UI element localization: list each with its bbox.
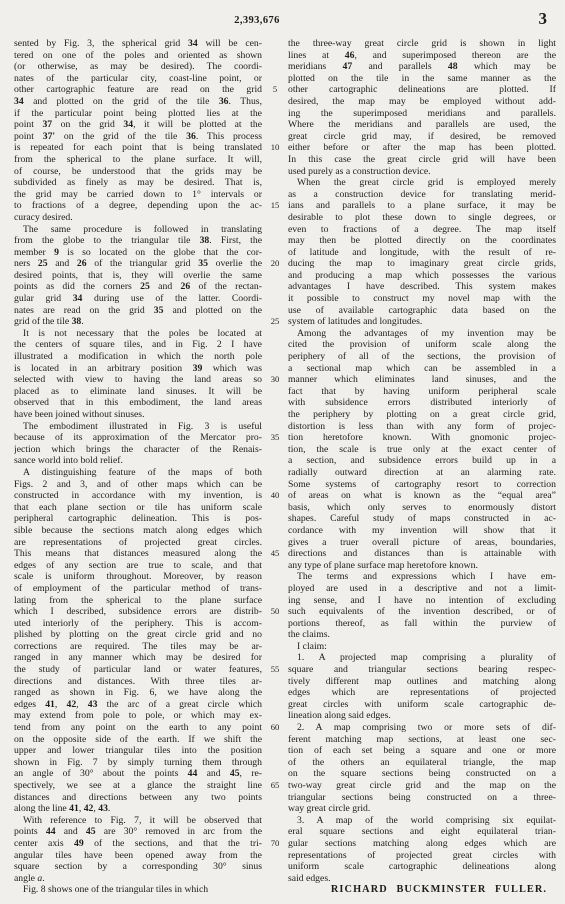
text-line: Figs. 2 and 3, and of other maps which c… xyxy=(14,479,262,491)
text-line: radially outward direction at an alarmin… xyxy=(288,467,556,479)
text-line: member 9 is so located on the globe that… xyxy=(14,247,262,259)
text-line: are representations of projected great c… xyxy=(14,537,262,549)
line-number: 60 xyxy=(262,722,288,734)
text-line: curacy desired. xyxy=(14,212,262,224)
text-line: great circle grid may, if desired, be re… xyxy=(288,131,556,143)
text-line: sance world into bold relief. xyxy=(14,455,262,467)
text-line: square section by a corresponding 30° si… xyxy=(14,861,262,873)
line-number: 10 xyxy=(262,142,288,154)
text-line: The same procedure is followed in transl… xyxy=(14,224,262,236)
text-line: point 37' on the grid of the tile 36. Th… xyxy=(14,131,262,143)
text-line: sented by Fig. 3, the spherical grid 34 … xyxy=(14,38,262,50)
text-line: angle a. xyxy=(14,873,262,885)
patent-number: 2,393,676 xyxy=(207,15,307,26)
text-line: ployed are used in a descriptive and not… xyxy=(288,583,556,595)
text-line: observed that in this embodiment, the la… xyxy=(14,397,262,409)
text-line: desirable to plot these down to single d… xyxy=(288,212,556,224)
patent-page: 2,393,676 3 sented by Fig. 3, the spheri… xyxy=(0,0,565,904)
line-number: 5 xyxy=(262,84,288,96)
text-line: plotted on the tile in the same manner a… xyxy=(288,73,556,85)
text-line: is repeated for each point that is being… xyxy=(14,142,262,154)
text-line: because of its approximation of the Merc… xyxy=(14,432,262,444)
text-line: the claims. xyxy=(288,629,556,641)
text-line: lating from the spherical to the plane s… xyxy=(14,595,262,607)
line-number-gutter: 510152025303540455055606570 xyxy=(262,38,288,896)
text-line: Some systems of cartography resort to co… xyxy=(288,479,556,491)
text-line: lines at 46, and superimposed thereon ar… xyxy=(288,50,556,62)
right-column: the three-way great circle grid is shown… xyxy=(288,38,556,896)
text-line: cordance with my invention will show tha… xyxy=(288,525,556,537)
text-line: periphery of all of the sections, the pr… xyxy=(288,351,556,363)
text-line: system of latitudes and longitudes. xyxy=(288,316,556,328)
text-line: distances and directions between any two… xyxy=(14,792,262,804)
text-line: angular tiles have been opened away from… xyxy=(14,850,262,862)
text-line: point 37 on the grid 34, it will be plot… xyxy=(14,119,262,131)
text-line: edges of any section are true to scale, … xyxy=(14,560,262,572)
text-line: even to fractions of a degree. The map i… xyxy=(288,224,556,236)
text-line: tend from any point on the earth to any … xyxy=(14,722,262,734)
text-line: a section, and subsidence errors build u… xyxy=(288,455,556,467)
text-line: (or otherwise, as may be desired). The c… xyxy=(14,61,262,73)
text-line: 2. A map comprising two or more sets of … xyxy=(288,722,556,734)
text-line: uted interiorly of the periphery. This i… xyxy=(14,618,262,630)
text-line: 1. A projected map comprising a pluralit… xyxy=(288,652,556,664)
text-line: used purely as a construction device. xyxy=(288,166,556,178)
text-line: which I described, subsidence errors are… xyxy=(14,606,262,618)
signature-line: RICHARD BUCKMINSTER FULLER. xyxy=(288,884,556,896)
text-line: if the particular point being plotted li… xyxy=(14,108,262,120)
text-line: of the others an equilateral triangle, t… xyxy=(288,757,556,769)
text-line: points 44 and 45 are 30° removed in arc … xyxy=(14,826,262,838)
text-line: a sectional map which can be assembled i… xyxy=(288,363,556,375)
text-line: way great circle grid. xyxy=(288,803,556,815)
text-line: It is not necessary that the poles be lo… xyxy=(14,328,262,340)
text-line: shapes. Careful study of maps constructe… xyxy=(288,513,556,525)
text-line: manner which eliminates land sinuses, an… xyxy=(288,374,556,386)
text-line: A distinguishing feature of the maps of … xyxy=(14,467,262,479)
text-line: illustrated a modification in which the … xyxy=(14,351,262,363)
text-line: upper and lower triangular tiles into th… xyxy=(14,745,262,757)
text-line: nates of the particular city, coast-line… xyxy=(14,73,262,85)
text-line: The embodiment illustrated in Fig. 3 is … xyxy=(14,421,262,433)
text-line: When the great circle grid is employed m… xyxy=(288,177,556,189)
text-line: that each plane section or tile has unif… xyxy=(14,502,262,514)
line-number: 70 xyxy=(262,838,288,850)
text-line: either before or after the map has been … xyxy=(288,142,556,154)
text-line: on the square sections being constructed… xyxy=(288,768,556,780)
line-number: 25 xyxy=(262,316,288,328)
text-line: grid of the tile 38. xyxy=(14,316,262,328)
text-line: 3. A map of the world comprising six equ… xyxy=(288,815,556,827)
text-line: tered on one of the poles and oriented a… xyxy=(14,50,262,62)
text-line: shown in Fig. 7 by simply turning them t… xyxy=(14,757,262,769)
text-line: scale is uniform throughout. Moreover, b… xyxy=(14,571,262,583)
text-line: the periphery by plotting on a great cir… xyxy=(288,409,556,421)
text-line: The terms and expressions which I have e… xyxy=(288,571,556,583)
text-line: the three-way great circle grid is shown… xyxy=(288,38,556,50)
text-line: Among the advantages of my invention may… xyxy=(288,328,556,340)
text-line: along the line 41, 42, 43. xyxy=(14,803,262,815)
text-line: to fractions of a degree, depending upon… xyxy=(14,200,262,212)
text-line: any type of plane surface map heretofore… xyxy=(288,560,556,572)
text-line: ing the superimposed meridians and paral… xyxy=(288,108,556,120)
text-line: Fig. 8 shows one of the triangular tiles… xyxy=(14,884,262,896)
text-line: sible because the sections match along e… xyxy=(14,525,262,537)
text-line: advantages I have described. This system… xyxy=(288,281,556,293)
line-number: 65 xyxy=(262,780,288,792)
text-line: the study of particular land or water fe… xyxy=(14,664,262,676)
text-line: an angle of 30° about the points 44 and … xyxy=(14,768,262,780)
text-line: edges 41, 42, 43 the arc of a great circ… xyxy=(14,699,262,711)
text-line: is located in an arbitrary position 39 w… xyxy=(14,363,262,375)
text-line: use of available cartographic data based… xyxy=(288,305,556,317)
text-line: triangular sections being constructed on… xyxy=(288,792,556,804)
text-line: representations of projected great circl… xyxy=(288,850,556,862)
text-line: ians and parallels to a plane surface, i… xyxy=(288,200,556,212)
text-line: ranged as shown in Fig. 6, we have along… xyxy=(14,687,262,699)
text-line: fact that by having uniform peripheral s… xyxy=(288,386,556,398)
line-number: 40 xyxy=(262,490,288,502)
text-line: constructed in accordance with my invent… xyxy=(14,490,262,502)
line-number: 15 xyxy=(262,200,288,212)
text-line: of course, be understood that the grids … xyxy=(14,166,262,178)
text-line: tion, the scale is true only at the exac… xyxy=(288,444,556,456)
text-line: may extend from pole to pole, or which m… xyxy=(14,710,262,722)
text-line: eral square sections and eight equilater… xyxy=(288,826,556,838)
text-line: directions and distances than is attaina… xyxy=(288,548,556,560)
text-line: ing sense, and I have no intention of ex… xyxy=(288,595,556,607)
text-line: from the globe to the triangular tile 38… xyxy=(14,235,262,247)
text-line: the grid may be carried down to 1° inter… xyxy=(14,189,262,201)
text-line: subdivided as finely as may be desired. … xyxy=(14,177,262,189)
line-number: 35 xyxy=(262,432,288,444)
text-line: other cartographic feature are read on t… xyxy=(14,84,262,96)
left-column: sented by Fig. 3, the spherical grid 34 … xyxy=(14,38,262,896)
page-content: sented by Fig. 3, the spherical grid 34 … xyxy=(14,38,556,896)
text-line: center axis 49 of the sections, and that… xyxy=(14,838,262,850)
text-line: spectively, we see at a glance the strai… xyxy=(14,780,262,792)
text-line: have been joined without sinuses. xyxy=(14,409,262,421)
text-line: With reference to Fig. 7, it will be obs… xyxy=(14,815,262,827)
line-number: 30 xyxy=(262,374,288,386)
text-line: basis, which only serves to enormously d… xyxy=(288,502,556,514)
page-number: 3 xyxy=(539,9,548,29)
text-line: of areas on what is known as the “equal … xyxy=(288,490,556,502)
text-line: desired, the map may be employed without… xyxy=(288,96,556,108)
line-number: 50 xyxy=(262,606,288,618)
text-line: tion of each set being a square and one … xyxy=(288,745,556,757)
text-line: ners 25 and 26 of the triangular grid 35… xyxy=(14,258,262,270)
text-line: tion heretofore known. With gnomonic pro… xyxy=(288,432,556,444)
text-line: of employment of the particular method o… xyxy=(14,583,262,595)
text-line: said edges. xyxy=(288,873,556,885)
text-line: may then be plotted directly on the coor… xyxy=(288,235,556,247)
text-line: meridians 47 and parallels 48 which may … xyxy=(288,61,556,73)
text-line: tively different map outlines and matchi… xyxy=(288,676,556,688)
text-line: great circles with uniform scale cartogr… xyxy=(288,699,556,711)
text-line: ferent matching map sections, at least o… xyxy=(288,734,556,746)
text-line: from the spherical to the plane surface.… xyxy=(14,154,262,166)
text-line: jection which brings the character of th… xyxy=(14,444,262,456)
text-line: with subsidence errors distributed inter… xyxy=(288,397,556,409)
line-number: 20 xyxy=(262,258,288,270)
text-line: placed as to eliminate land sinuses. It … xyxy=(14,386,262,398)
text-line: Where the meridians and parallels are us… xyxy=(288,119,556,131)
text-line: and producing a map which possesses the … xyxy=(288,270,556,282)
text-line: square and triangular sections bearing r… xyxy=(288,664,556,676)
text-line: lineation along said edges. xyxy=(288,710,556,722)
text-line: it possible to construct my novel map wi… xyxy=(288,293,556,305)
text-line: nates are read on the grid 35 and plotte… xyxy=(14,305,262,317)
text-line: two-way great circle grid and the map on… xyxy=(288,780,556,792)
text-line: uniform scale cartographic delineations … xyxy=(288,861,556,873)
text-line: of latitude and longitude, with the resu… xyxy=(288,247,556,259)
line-number: 45 xyxy=(262,548,288,560)
text-line: In this case the great circle grid will … xyxy=(288,154,556,166)
text-line: portions thereof, as fall within the pur… xyxy=(288,618,556,630)
text-line: directions and distances. With three til… xyxy=(14,676,262,688)
text-line: such equivalents of the invention descri… xyxy=(288,606,556,618)
text-line: I claim: xyxy=(288,641,556,653)
text-line: 34 and plotted on the grid of the tile 3… xyxy=(14,96,262,108)
text-line: selected with view to having the land ar… xyxy=(14,374,262,386)
text-line: points as did the corners 25 and 26 of t… xyxy=(14,281,262,293)
text-line: peripheral cartographic delineation. Thi… xyxy=(14,513,262,525)
text-line: This means that distances measured along… xyxy=(14,548,262,560)
text-line: plished by plotting on the great circle … xyxy=(14,629,262,641)
text-line: ducing the map to imaginary great circle… xyxy=(288,258,556,270)
text-line: corrections are required. The tiles may … xyxy=(14,641,262,653)
text-line: edges which are representations of proje… xyxy=(288,687,556,699)
line-number: 55 xyxy=(262,664,288,676)
text-line: desired points, that is, they will overl… xyxy=(14,270,262,282)
text-line: ranged in any manner which may be desire… xyxy=(14,652,262,664)
text-line: distortion is less than with any form of… xyxy=(288,421,556,433)
text-line: the centers of square tiles, and in Fig.… xyxy=(14,339,262,351)
text-line: gular sections matching along edges whic… xyxy=(288,838,556,850)
text-line: on the opposite side of the earth. If we… xyxy=(14,734,262,746)
text-line: cited the provision of uniform scale alo… xyxy=(288,339,556,351)
text-line: other cartographic delineations are plot… xyxy=(288,84,556,96)
text-line: gular grid 34 during use of the latter. … xyxy=(14,293,262,305)
text-line: as a construction device for translating… xyxy=(288,189,556,201)
text-line: gives a truer overall picture of areas, … xyxy=(288,537,556,549)
